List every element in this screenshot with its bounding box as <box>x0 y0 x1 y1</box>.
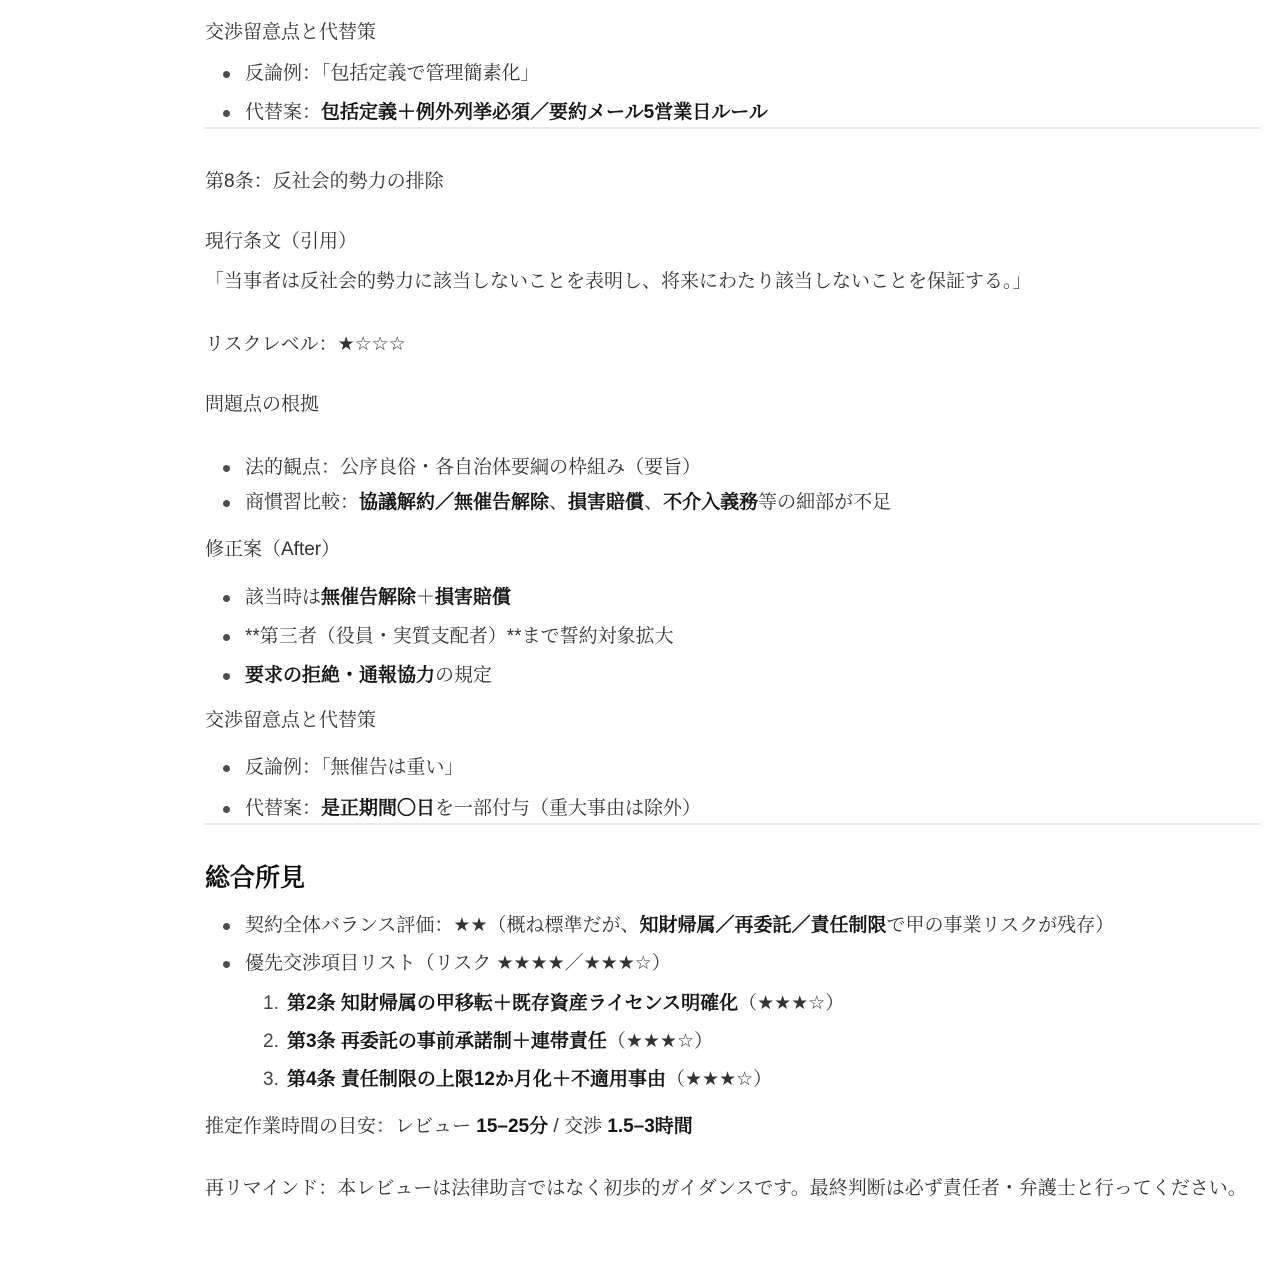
list-number: 1. <box>263 990 279 1018</box>
list-item: 代替案：包括定義＋例外列挙必須／要約メール5営業日ルール <box>205 99 1260 127</box>
list-item: 契約全体バランス評価：★★（概ね標準だが、知財帰属／再委託／責任制限で甲の事業リ… <box>205 912 1260 940</box>
list-item: 商慣習比較：協議解約／無催告解除、損害賠償、不介入義務等の細部が不足 <box>205 489 1260 517</box>
negotiation-notes-list-2: 反論例：「無催告は重い」 代替案：是正期間〇日を一部付与（重大事由は除外） <box>205 754 1260 823</box>
article-8-heading: 第8条：反社会的勢力の排除 <box>205 168 1260 196</box>
current-clause-quote: 「当事者は反社会的勢力に該当しないことを表明し、将来にわたり該当しないことを保証… <box>205 268 1260 296</box>
revision-list: 該当時は無催告解除＋損害賠償 **第三者（役員・実質支配者）**まで誓約対象拡大… <box>205 584 1260 690</box>
issue-basis-list: 法的観点：公序良俗・各自治体要綱の枠組み（要旨） 商慣習比較：協議解約／無催告解… <box>205 454 1260 517</box>
priority-negotiation-list: 1.第2条 知財帰属の甲移転＋既存資産ライセンス明確化（★★★☆） 2.第3条 … <box>245 990 1260 1094</box>
list-item: 該当時は無催告解除＋損害賠償 <box>205 584 1260 612</box>
list-item: 優先交渉項目リスト（リスク ★★★★／★★★☆） 1.第2条 知財帰属の甲移転＋… <box>205 950 1260 1094</box>
priority-item: 1.第2条 知財帰属の甲移転＋既存資産ライセンス明確化（★★★☆） <box>245 990 1260 1018</box>
estimated-time: 推定作業時間の目安：レビュー 15–25分 / 交渉 1.5–3時間 <box>205 1113 1260 1141</box>
list-item: 代替案：是正期間〇日を一部付与（重大事由は除外） <box>205 795 1260 823</box>
list-item: 法的観点：公序良俗・各自治体要綱の枠組み（要旨） <box>205 454 1260 482</box>
list-item: 反論例：「無催告は重い」 <box>205 754 1260 782</box>
negotiation-notes-heading-2: 交渉留意点と代替策 <box>205 707 1260 735</box>
issue-basis-heading: 問題点の根拠 <box>205 391 1260 419</box>
list-number: 3. <box>263 1066 279 1094</box>
negotiation-notes-heading: 交渉留意点と代替策 <box>205 19 1260 47</box>
priority-item: 3.第4条 責任制限の上限12か月化＋不適用事由（★★★☆） <box>245 1066 1260 1094</box>
list-number: 2. <box>263 1028 279 1056</box>
document-content: 交渉留意点と代替策 反論例：「包括定義で管理簡素化」 代替案：包括定義＋例外列挙… <box>0 0 1280 1203</box>
list-item: 要求の拒絶・通報協力の規定 <box>205 662 1260 690</box>
overall-findings-list: 契約全体バランス評価：★★（概ね標準だが、知財帰属／再委託／責任制限で甲の事業リ… <box>205 912 1260 1094</box>
risk-level: リスクレベル：★☆☆☆ <box>205 331 1260 359</box>
priority-item: 2.第3条 再委託の事前承諾制＋連帯責任（★★★☆） <box>245 1028 1260 1056</box>
negotiation-notes-list: 反論例：「包括定義で管理簡素化」 代替案：包括定義＋例外列挙必須／要約メール5営… <box>205 60 1260 127</box>
reminder-note: 再リマインド：本レビューは法律助言ではなく初歩的ガイダンスです。最終判断は必ず責… <box>205 1175 1260 1203</box>
overall-findings-heading: 総合所見 <box>205 861 1260 895</box>
list-item: **第三者（役員・実質支配者）**まで誓約対象拡大 <box>205 623 1260 651</box>
section-divider <box>205 823 1260 825</box>
current-clause-label: 現行条文（引用） <box>205 228 1260 256</box>
section-divider <box>205 127 1260 129</box>
document-page: 交渉留意点と代替策 反論例：「包括定義で管理簡素化」 代替案：包括定義＋例外列挙… <box>0 0 1280 1286</box>
revision-heading: 修正案（After） <box>205 536 1260 564</box>
list-item: 反論例：「包括定義で管理簡素化」 <box>205 60 1260 88</box>
